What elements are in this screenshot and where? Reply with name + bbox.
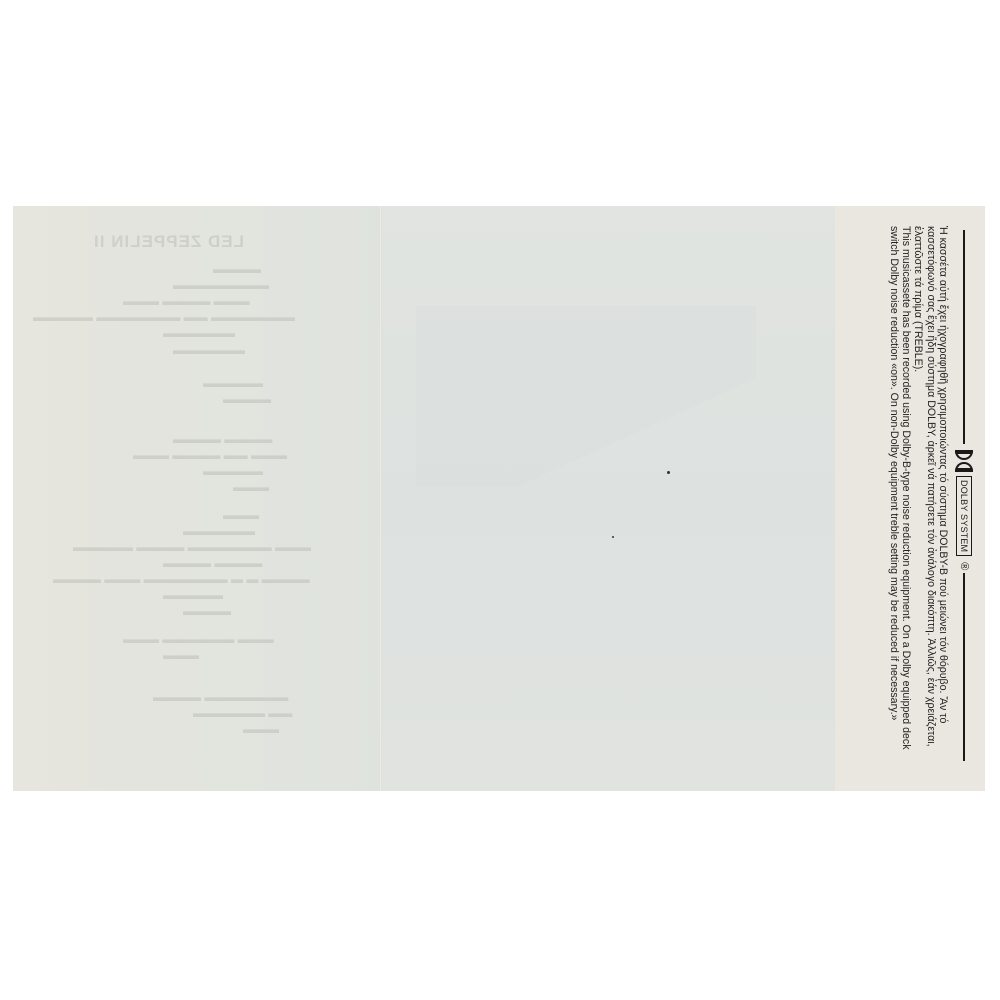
- show-through-line: ▬▬▬: [243, 722, 279, 736]
- show-through-line: ▬▬▬▬▬▬: [173, 343, 245, 357]
- show-through-line: ▬▬▬ ▬▬▬▬ ▬▬▬: [123, 294, 250, 308]
- show-through-line: ▬▬▬▬▬: [203, 464, 263, 478]
- show-through-line: ▬▬▬▬▬: [203, 376, 263, 390]
- show-through-line: ▬▬▬▬▬▬▬ ▬▬▬▬: [153, 690, 288, 704]
- show-through-line: ▬▬▬▬▬▬: [163, 326, 235, 340]
- show-through-line: ▬▬▬▬▬▬▬▬: [173, 278, 269, 292]
- show-through-line: ▬▬▬▬▬▬: [183, 524, 255, 538]
- left-panel: LED ZEPPELIN II ▬▬▬▬ ▬▬▬▬▬▬▬▬ ▬▬▬ ▬▬▬▬ ▬…: [13, 206, 379, 791]
- right-panel: DOLBY SYSTEM ® Ἡ κασσέτα αὐτή ἔχει ἠχογρ…: [835, 206, 985, 791]
- dolby-notice: Ἡ κασσέτα αὐτή ἔχει ἠχογραφηθῆ χρησιμοπο…: [888, 226, 949, 771]
- show-through-line: ▬▬▬▬▬: [163, 588, 223, 602]
- show-through-line: ▬▬▬: [233, 480, 269, 494]
- rule-line-bottom: [963, 573, 965, 761]
- show-through-line: ▬▬▬ ▬▬ ▬▬▬▬ ▬▬▬: [133, 448, 287, 462]
- show-through-line: ▬▬▬▬ ▬ ▬ ▬▬▬▬▬▬▬ ▬▬▬ ▬▬▬▬: [53, 572, 310, 586]
- show-through-line: ▬▬▬▬: [213, 262, 261, 276]
- show-through-line: ▬▬▬ ▬▬▬▬▬▬▬ ▬▬▬▬ ▬▬▬▬▬: [73, 540, 311, 554]
- dolby-logo: DOLBY SYSTEM ®: [953, 450, 975, 570]
- notice-greek: Ἡ κασσέτα αὐτή ἔχει ἠχογραφηθῆ χρησιμοπο…: [912, 226, 949, 771]
- middle-panel: [382, 206, 835, 791]
- show-through-line: ▬▬▬ ▬▬▬▬▬▬ ▬▬▬: [123, 632, 274, 646]
- notice-english: This musicassete has been recorded using…: [888, 226, 913, 771]
- show-through-line: ▬▬▬▬: [183, 604, 231, 618]
- dolby-double-d-icon: [955, 450, 973, 472]
- speck: [612, 536, 614, 538]
- speck: [667, 471, 670, 474]
- show-through-title: LED ZEPPELIN II: [93, 232, 244, 252]
- registered-mark: ®: [958, 562, 970, 570]
- show-through-line: ▬▬▬▬ ▬▬▬▬: [173, 432, 272, 446]
- show-through-line: ▬▬▬: [223, 508, 259, 522]
- dolby-system-label: DOLBY SYSTEM: [956, 476, 972, 556]
- show-through-line: ▬▬▬: [163, 648, 199, 662]
- show-through-image: [416, 306, 756, 486]
- rule-line-top: [963, 230, 965, 444]
- show-through-line: ▬▬▬▬ ▬▬▬▬: [163, 556, 262, 570]
- show-through-line: ▬▬▬▬: [223, 392, 271, 406]
- show-through-line: ▬▬ ▬▬▬▬▬▬: [193, 706, 292, 720]
- cassette-insert-sheet: LED ZEPPELIN II ▬▬▬▬ ▬▬▬▬▬▬▬▬ ▬▬▬ ▬▬▬▬ ▬…: [13, 206, 985, 791]
- show-through-line: ▬▬▬▬▬▬▬ ▬▬ ▬▬▬▬▬▬▬ ▬▬▬▬▬: [33, 310, 295, 324]
